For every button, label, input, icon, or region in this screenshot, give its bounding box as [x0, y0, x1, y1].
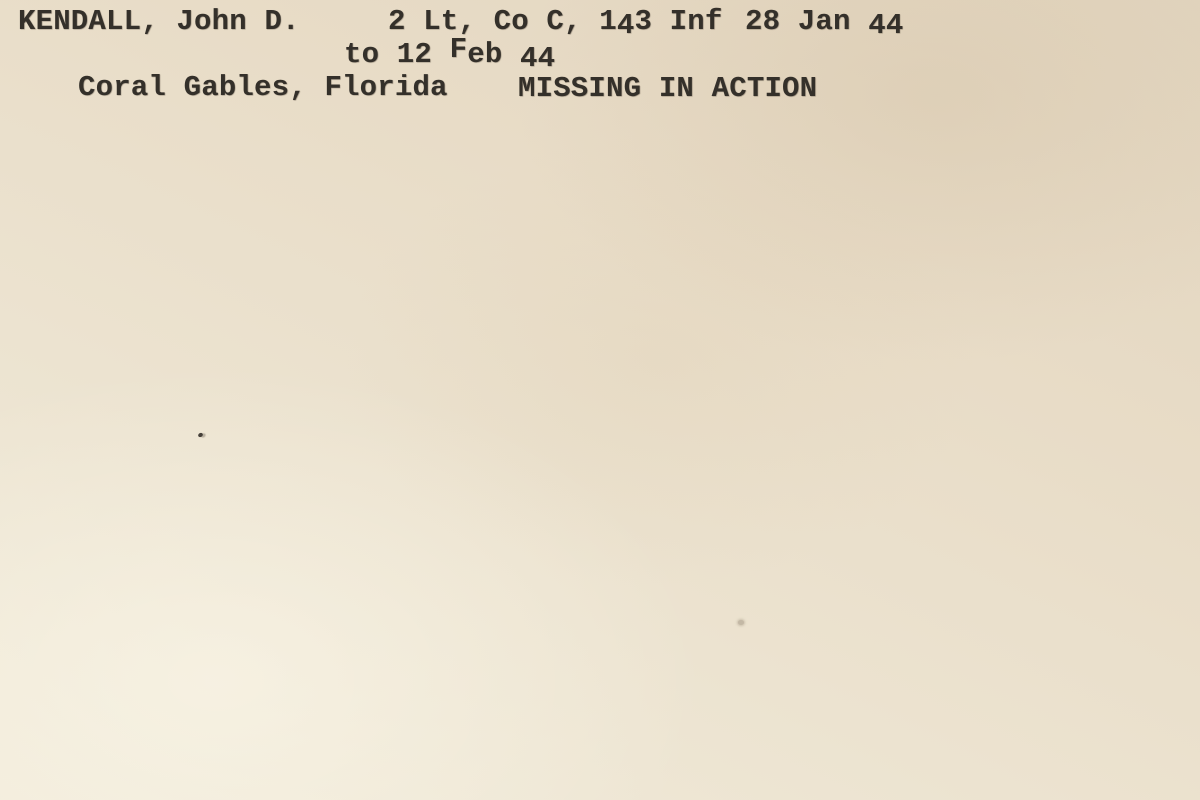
date-end-raised-f: F — [450, 35, 468, 64]
date-end-text-mid: eb — [467, 38, 520, 71]
date-end-text-pre: to 12 — [344, 38, 450, 71]
soldier-name: KENDALL, John D. — [18, 7, 300, 36]
faint-speck — [738, 620, 744, 625]
rank-unit-low-four: 4 — [617, 11, 635, 40]
casualty-status: MISSING IN ACTION — [518, 74, 817, 103]
home-location: Coral Gables, Florida — [78, 73, 448, 102]
rank-unit-text-pre: 2 Lt, Co C, 1 — [388, 5, 617, 38]
date-start: 28 Jan 44 — [745, 7, 903, 36]
date-end-year: 44 — [520, 44, 555, 73]
date-end: to 12 Feb 44 — [344, 40, 555, 69]
rank-unit: 2 Lt, Co C, 143 Inf — [388, 7, 722, 36]
rank-unit-text-post: 3 Inf — [634, 5, 722, 38]
date-start-year: 44 — [868, 11, 903, 40]
index-card: KENDALL, John D. 2 Lt, Co C, 143 Inf 28 … — [0, 0, 1200, 800]
date-start-text: 28 Jan — [745, 5, 868, 38]
ink-speck — [197, 432, 203, 438]
